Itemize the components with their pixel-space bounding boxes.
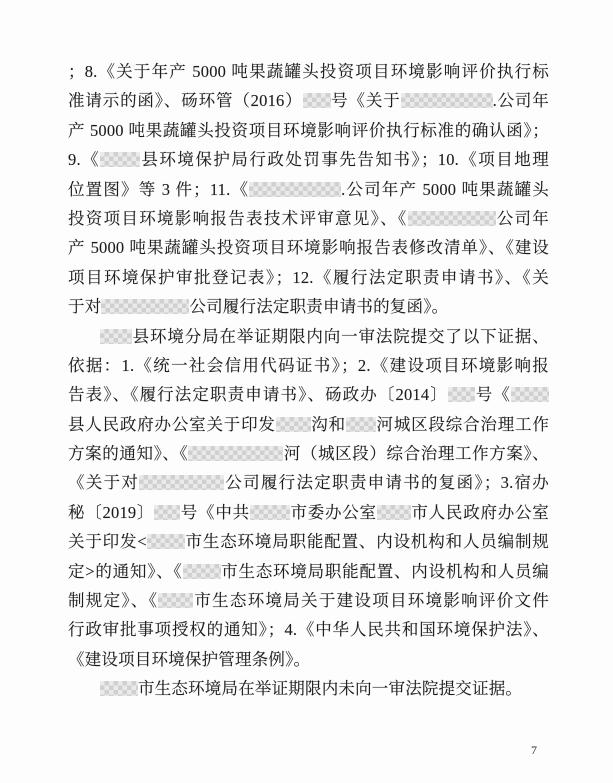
text-line: 《建设项目环境保护管理条例》。 [68, 645, 549, 674]
text-line: 县人民政府办公室关于印发沟和河城区段综合治理工作 [68, 410, 549, 439]
text-segment: 市生态环境局职能配置、内设机构和人员编 [221, 562, 549, 581]
redaction-block [183, 564, 221, 579]
redaction-block [303, 93, 331, 108]
text-line: 准请示的函》、砀环管（2016）号《关于.公司年 [68, 86, 549, 115]
redaction-block [101, 299, 189, 314]
text-segment: 《关于对 [68, 473, 139, 492]
text-line: 依据：1.《统一社会信用代码证书》；2.《建设项目环境影响报 [68, 351, 549, 380]
text-line: 定>的通知》、《市生态环境局职能配置、内设机构和人员编 [68, 557, 549, 586]
text-line: 秘〔2019〕号《中共市委办公室市人民政府办公室 [68, 498, 549, 527]
redaction-block [511, 387, 549, 402]
text-segment: 号《中共 [180, 503, 250, 522]
text-segment: 公司履行法定职责申请书的复函》；3.宿办 [224, 473, 549, 492]
redaction-block [158, 593, 193, 608]
text-segment: 县人民政府办公室关于印发 [68, 415, 276, 434]
text-segment: 河（城区段）综合治理工作方案》、 [283, 444, 549, 463]
text-line: 产 5000 吨果蔬罐头投资项目环境影响报告表修改清单》、《建设 [68, 233, 549, 262]
text-segment: 投资项目环境影响报告表技术评审意见》、《 [68, 209, 408, 228]
text-line: 于对公司履行法定职责申请书的复函》。 [68, 292, 549, 321]
redaction-block [100, 681, 138, 696]
redaction-block [188, 446, 283, 461]
text-segment: 告表》、《履行法定职责申请书》、砀政办〔2014〕 [68, 385, 448, 404]
text-segment: 县环境分局在举证期限内向一审法院提交了以下证据、 [132, 327, 549, 346]
text-segment: 产 5000 吨果蔬罐头投资项目环境影响报告表修改清单》、《建设 [68, 238, 549, 257]
text-segment: 秘〔2019〕 [68, 503, 154, 522]
text-segment: 依据：1.《统一社会信用代码证书》；2.《建设项目环境影响报 [68, 356, 549, 375]
redaction-block [408, 211, 496, 226]
text-line: ；8.《关于年产 5000 吨果蔬罐头投资项目环境影响评价执行标 [68, 57, 549, 86]
text-segment: 关于印发< [68, 532, 147, 551]
redaction-block [250, 505, 290, 520]
text-segment: 市生态环境局关于建设项目环境影响评价文件 [193, 591, 549, 610]
text-line: 《关于对公司履行法定职责申请书的复函》；3.宿办 [68, 468, 549, 497]
text-segment: 产 5000 吨果蔬罐头投资项目环境影响评价执行标准的确认函》； [68, 121, 549, 140]
text-segment: .公司年产 5000 吨果蔬罐头 [341, 180, 549, 199]
text-segment: .公司年 [493, 91, 549, 110]
redaction-block [377, 505, 411, 520]
text-segment: 制规定》、《 [68, 591, 158, 610]
text-line: 关于印发<市生态环境局职能配置、内设机构和人员编制规 [68, 527, 549, 556]
text-segment: ；8.《关于年产 5000 吨果蔬罐头投资项目环境影响评价执行标 [68, 62, 549, 81]
redaction-block [448, 387, 475, 402]
text-segment: 市生态环境局职能配置、内设机构和人员编制规 [185, 532, 549, 551]
text-segment: 市委办公室 [290, 503, 377, 522]
redaction-block [401, 93, 493, 108]
text-line: 告表》、《履行法定职责申请书》、砀政办〔2014〕号《 [68, 380, 549, 409]
text-line: 9.《县环境保护局行政处罚事先告知书》；10.《项目地理 [68, 145, 549, 174]
text-segment: 号《关于 [331, 91, 401, 110]
text-segment: 准请示的函》、砀环管（2016） [68, 91, 303, 110]
text-segment: 河城区段综合治理工作 [376, 415, 549, 434]
text-segment: 9.《 [68, 150, 100, 169]
text-line: 项目环境保护审批登记表》；12.《履行法定职责申请书》、《关 [68, 263, 549, 292]
page-number: 7 [531, 742, 537, 758]
redaction-block [346, 417, 376, 432]
text-segment: 定>的通知》、《 [68, 562, 183, 581]
text-segment: 项目环境保护审批登记表》；12.《履行法定职责申请书》、《关 [68, 268, 549, 287]
text-segment: 市人民政府办公室 [411, 503, 549, 522]
text-segment: 号《 [475, 385, 511, 404]
document-page: ；8.《关于年产 5000 吨果蔬罐头投资项目环境影响评价执行标准请示的函》、砀… [0, 0, 613, 783]
text-line: 行政审批事项授权的通知》；4.《中华人民共和国环境保护法》、 [68, 615, 549, 644]
text-line: 县环境分局在举证期限内向一审法院提交了以下证据、 [68, 322, 549, 351]
text-segment: 沟和 [311, 415, 346, 434]
redaction-block [276, 417, 311, 432]
text-segment: 方案的通知》、《 [68, 444, 188, 463]
document-lines: ；8.《关于年产 5000 吨果蔬罐头投资项目环境影响评价执行标准请示的函》、砀… [68, 57, 549, 704]
text-segment: 《建设项目环境保护管理条例》。 [68, 650, 310, 669]
text-line: 制规定》、《市生态环境局关于建设项目环境影响评价文件 [68, 586, 549, 615]
redaction-block [139, 475, 224, 490]
text-segment: 县环境保护局行政处罚事先告知书》；10.《项目地理 [140, 150, 549, 169]
text-segment: 公司年 [496, 209, 549, 228]
text-line: 产 5000 吨果蔬罐头投资项目环境影响评价执行标准的确认函》； [68, 116, 549, 145]
text-line: 市生态环境局在举证期限内未向一审法院提交证据。 [68, 674, 549, 703]
redaction-block [100, 152, 140, 167]
text-line: 投资项目环境影响报告表技术评审意见》、《公司年 [68, 204, 549, 233]
text-segment: 于对 [68, 297, 101, 316]
redaction-block [249, 182, 341, 197]
text-segment: 市生态环境局在举证期限内未向一审法院提交证据。 [138, 679, 522, 698]
text-segment: 公司履行法定职责申请书的复函》。 [189, 297, 448, 316]
text-line: 位置图》等 3 件；11.《.公司年产 5000 吨果蔬罐头 [68, 175, 549, 204]
redaction-block [100, 329, 132, 344]
text-segment: 位置图》等 3 件；11.《 [68, 180, 249, 199]
redaction-block [154, 505, 180, 520]
text-line: 方案的通知》、《河（城区段）综合治理工作方案》、 [68, 439, 549, 468]
redaction-block [147, 534, 185, 549]
text-segment: 行政审批事项授权的通知》；4.《中华人民共和国环境保护法》、 [68, 620, 549, 639]
